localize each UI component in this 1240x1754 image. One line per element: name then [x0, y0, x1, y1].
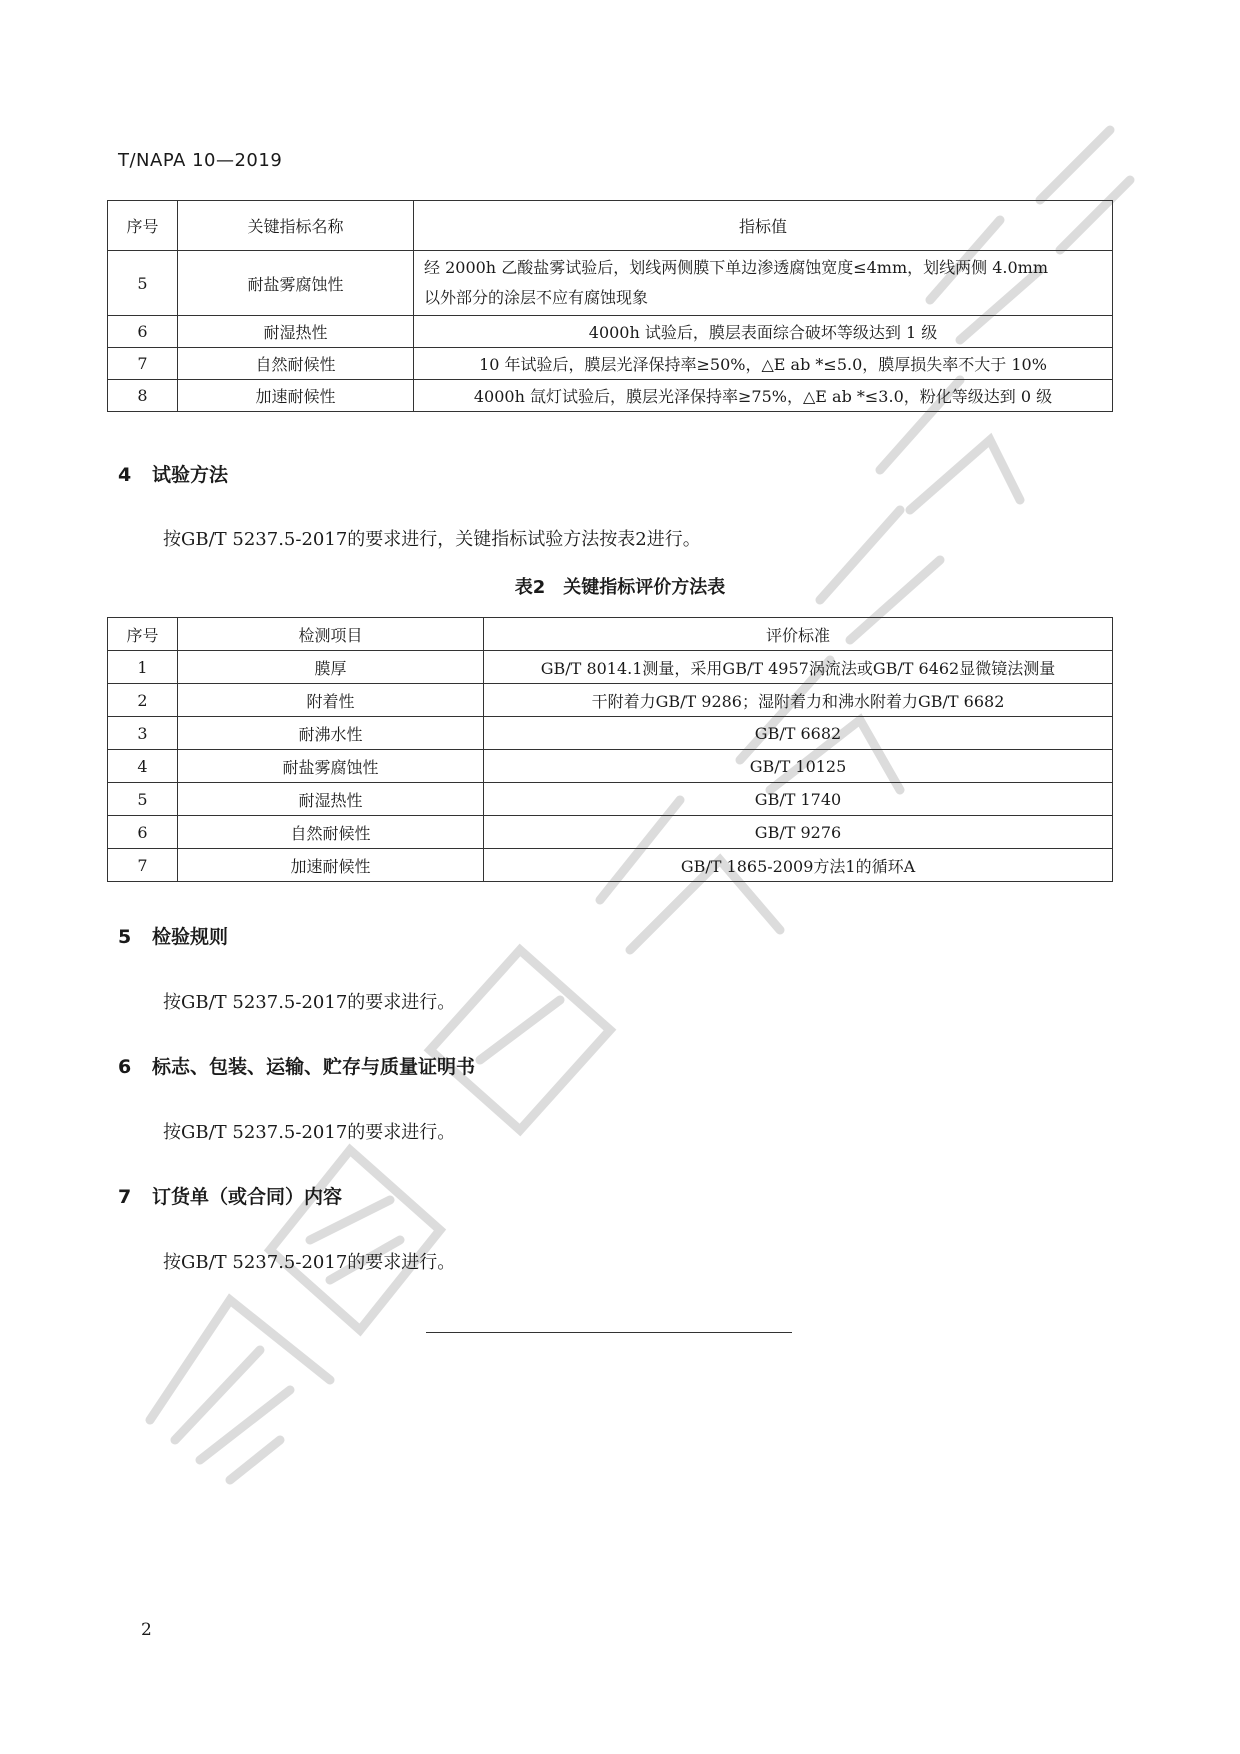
section-title: 试验方法	[152, 464, 228, 486]
cell-value: 经 2000h 乙酸盐雾试验后，划线两侧膜下单边渗透腐蚀宽度≤4mm，划线两侧 …	[414, 251, 1113, 316]
table-header-row: 序号 关键指标名称 指标值	[108, 201, 1113, 251]
cell-no: 5	[108, 251, 178, 316]
cell-no: 2	[108, 684, 178, 717]
cell-item: 附着性	[178, 684, 484, 717]
cell-value-line: 经 2000h 乙酸盐雾试验后，划线两侧膜下单边渗透腐蚀宽度≤4mm，划线两侧 …	[424, 253, 1102, 283]
page-number: 2	[141, 1620, 152, 1640]
table-row: 3 耐沸水性 GB/T 6682	[108, 717, 1113, 750]
cell-standard: GB/T 1865-2009方法1的循环A	[484, 849, 1113, 882]
cell-standard: GB/T 1740	[484, 783, 1113, 816]
table-row: 5 耐湿热性 GB/T 1740	[108, 783, 1113, 816]
cell-item: 自然耐候性	[178, 816, 484, 849]
section-heading-4: 4试验方法	[118, 460, 228, 487]
section-6-text: 按GB/T 5237.5-2017的要求进行。	[163, 1118, 455, 1144]
cell-no: 6	[108, 316, 178, 348]
cell-item: 耐盐雾腐蚀性	[178, 750, 484, 783]
table-row: 7 自然耐候性 10 年试验后，膜层光泽保持率≥50%，△E ab *≤5.0，…	[108, 348, 1113, 380]
key-indicators-table: 序号 关键指标名称 指标值 5 耐盐雾腐蚀性 经 2000h 乙酸盐雾试验后，划…	[107, 200, 1113, 412]
header-test-item: 检测项目	[178, 618, 484, 651]
cell-standard: GB/T 6682	[484, 717, 1113, 750]
cell-no: 1	[108, 651, 178, 684]
cell-no: 7	[108, 348, 178, 380]
section-heading-6: 6标志、包装、运输、贮存与质量证明书	[118, 1052, 475, 1079]
table-header-row: 序号 检测项目 评价标准	[108, 618, 1113, 651]
cell-value: 4000h 试验后，膜层表面综合破坏等级达到 1 级	[414, 316, 1113, 348]
cell-name: 耐湿热性	[178, 316, 414, 348]
cell-no: 5	[108, 783, 178, 816]
cell-no: 4	[108, 750, 178, 783]
cell-no: 7	[108, 849, 178, 882]
cell-name: 自然耐候性	[178, 348, 414, 380]
section-7-text: 按GB/T 5237.5-2017的要求进行。	[163, 1248, 455, 1274]
cell-standard: GB/T 9276	[484, 816, 1113, 849]
section-heading-7: 7订货单（或合同）内容	[118, 1182, 342, 1209]
table-row: 4 耐盐雾腐蚀性 GB/T 10125	[108, 750, 1113, 783]
evaluation-methods-table: 序号 检测项目 评价标准 1 膜厚 GB/T 8014.1测量，采用GB/T 4…	[107, 617, 1113, 882]
cell-standard: GB/T 8014.1测量，采用GB/T 4957涡流法或GB/T 6462显微…	[484, 651, 1113, 684]
cell-name: 耐盐雾腐蚀性	[178, 251, 414, 316]
cell-standard: 干附着力GB/T 9286；湿附着力和沸水附着力GB/T 6682	[484, 684, 1113, 717]
document-id: T/NAPA 10—2019	[118, 150, 282, 171]
cell-no: 8	[108, 380, 178, 412]
table-row: 5 耐盐雾腐蚀性 经 2000h 乙酸盐雾试验后，划线两侧膜下单边渗透腐蚀宽度≤…	[108, 251, 1113, 316]
cell-value: 4000h 氙灯试验后，膜层光泽保持率≥75%，△E ab *≤3.0，粉化等级…	[414, 380, 1113, 412]
header-indicator-name: 关键指标名称	[178, 201, 414, 251]
section-heading-5: 5检验规则	[118, 922, 228, 949]
section-number: 4	[118, 464, 152, 486]
table-row: 8 加速耐候性 4000h 氙灯试验后，膜层光泽保持率≥75%，△E ab *≤…	[108, 380, 1113, 412]
cell-name: 加速耐候性	[178, 380, 414, 412]
section-title: 标志、包装、运输、贮存与质量证明书	[152, 1056, 475, 1078]
header-evaluation-standard: 评价标准	[484, 618, 1113, 651]
cell-value-line: 以外部分的涂层不应有腐蚀现象	[424, 283, 1102, 313]
section-number: 6	[118, 1056, 152, 1078]
cell-no: 3	[108, 717, 178, 750]
cell-item: 膜厚	[178, 651, 484, 684]
table-row: 6 耐湿热性 4000h 试验后，膜层表面综合破坏等级达到 1 级	[108, 316, 1113, 348]
section-number: 7	[118, 1186, 152, 1208]
table-row: 2 附着性 干附着力GB/T 9286；湿附着力和沸水附着力GB/T 6682	[108, 684, 1113, 717]
cell-standard: GB/T 10125	[484, 750, 1113, 783]
cell-no: 6	[108, 816, 178, 849]
section-number: 5	[118, 926, 152, 948]
header-no: 序号	[108, 201, 178, 251]
section-title: 检验规则	[152, 926, 228, 948]
section-5-text: 按GB/T 5237.5-2017的要求进行。	[163, 988, 455, 1014]
table-row: 1 膜厚 GB/T 8014.1测量，采用GB/T 4957涡流法或GB/T 6…	[108, 651, 1113, 684]
table-row: 7 加速耐候性 GB/T 1865-2009方法1的循环A	[108, 849, 1113, 882]
section-title: 订货单（或合同）内容	[152, 1186, 342, 1208]
table-row: 6 自然耐候性 GB/T 9276	[108, 816, 1113, 849]
end-of-document-line	[426, 1332, 792, 1333]
table-2-caption: 表2 关键指标评价方法表	[0, 573, 1240, 599]
cell-item: 耐沸水性	[178, 717, 484, 750]
cell-item: 加速耐候性	[178, 849, 484, 882]
cell-value: 10 年试验后，膜层光泽保持率≥50%，△E ab *≤5.0，膜厚损失率不大于…	[414, 348, 1113, 380]
cell-item: 耐湿热性	[178, 783, 484, 816]
section-4-text: 按GB/T 5237.5-2017的要求进行，关键指标试验方法按表2进行。	[163, 525, 701, 551]
header-indicator-value: 指标值	[414, 201, 1113, 251]
header-no: 序号	[108, 618, 178, 651]
